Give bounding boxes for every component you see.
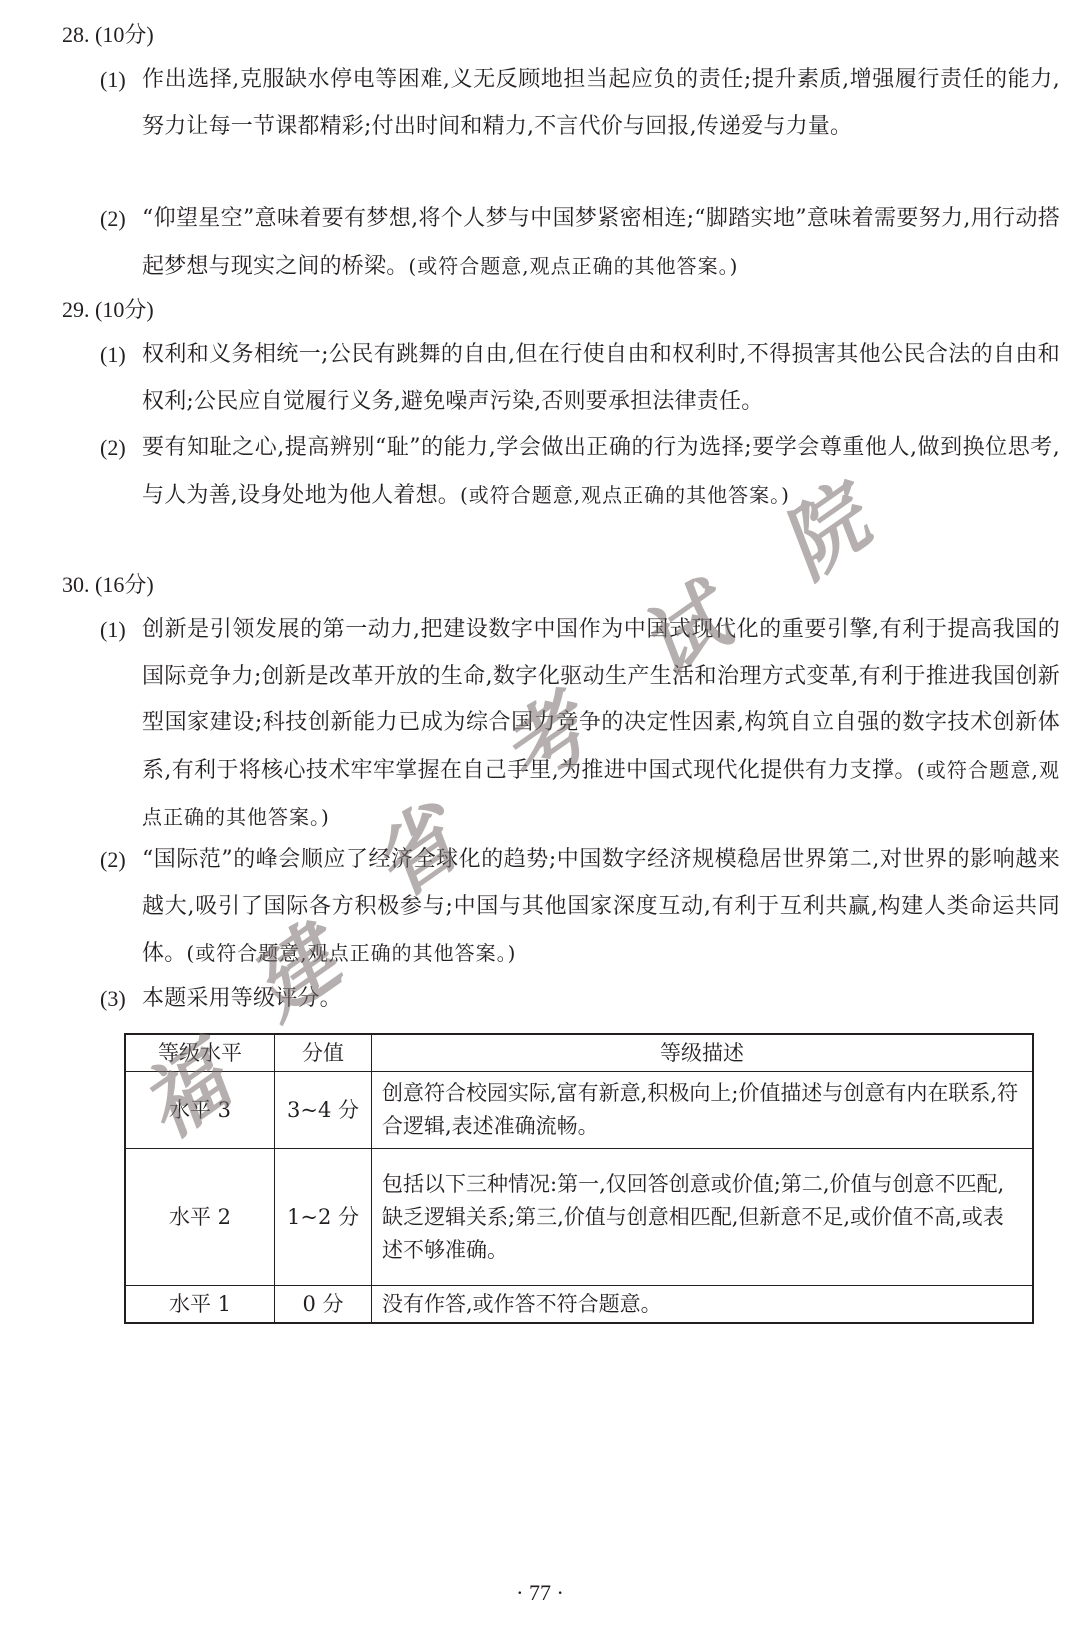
item-text: 作出选择,克服缺水停电等困难,义无反顾地担当起应负的责任;提升素质,增强履行责任…	[142, 57, 1060, 150]
item-number: (1)	[100, 57, 140, 104]
q28-item-1: (1) 作出选择,克服缺水停电等困难,义无反顾地担当起应负的责任;提升素质,增强…	[100, 57, 1060, 150]
cell-level: 水平 2	[125, 1149, 275, 1286]
question-28-heading: 28. (10分)	[62, 20, 154, 50]
item-note: (或符合题意,观点正确的其他答案。)	[408, 254, 738, 278]
q30-item-1: (1) 创新是引领发展的第一动力,把建设数字中国作为中国式现代化的重要引擎,有利…	[100, 607, 1060, 842]
grading-table: 等级水平 分值 等级描述 水平 3 3~4 分 创意符合校园实际,富有新意,积极…	[124, 1033, 1034, 1324]
table-row: 水平 3 3~4 分 创意符合校园实际,富有新意,积极向上;价值描述与创意有内在…	[125, 1072, 1033, 1149]
item-number: (2)	[100, 425, 140, 472]
cell-description: 没有作答,或作答不符合题意。	[372, 1286, 1034, 1324]
header-score: 分值	[275, 1034, 372, 1072]
item-number: (1)	[100, 332, 140, 379]
item-number: (2)	[100, 837, 140, 884]
cell-description: 包括以下三种情况:第一,仅回答创意或价值;第二,价值与创意不匹配,缺乏逻辑关系;…	[372, 1149, 1034, 1286]
cell-score: 1~2 分	[275, 1149, 372, 1286]
item-number: (2)	[100, 196, 140, 243]
header-description: 等级描述	[372, 1034, 1034, 1072]
item-number: (1)	[100, 607, 140, 654]
table-header-row: 等级水平 分值 等级描述	[125, 1034, 1033, 1072]
cell-description: 创意符合校园实际,富有新意,积极向上;价值描述与创意有内在联系,符合逻辑,表述准…	[372, 1072, 1034, 1149]
table-row: 水平 2 1~2 分 包括以下三种情况:第一,仅回答创意或价值;第二,价值与创意…	[125, 1149, 1033, 1286]
answer-key-page: 28. (10分) (1) 作出选择,克服缺水停电等困难,义无反顾地担当起应负的…	[0, 0, 1080, 1647]
q29-item-1: (1) 权利和义务相统一;公民有跳舞的自由,但在行使自由和权利时,不得损害其他公…	[100, 332, 1060, 425]
item-text: 本题采用等级评分。	[142, 976, 1060, 1023]
item-number: (3)	[100, 976, 140, 1023]
question-30-heading: 30. (16分)	[62, 570, 154, 600]
cell-score: 0 分	[275, 1286, 372, 1324]
cell-score: 3~4 分	[275, 1072, 372, 1149]
q28-item-2: (2) “仰望星空”意味着要有梦想,将个人梦与中国梦紧密相连;“脚踏实地”意味着…	[100, 196, 1060, 290]
q30-item-2: (2) “国际范”的峰会顺应了经济全球化的趋势;中国数字经济规模稳居世界第二,对…	[100, 837, 1060, 978]
header-level: 等级水平	[125, 1034, 275, 1072]
question-29-heading: 29. (10分)	[62, 295, 154, 325]
item-note: (或符合题意,观点正确的其他答案。)	[460, 483, 790, 507]
q29-item-2: (2) 要有知耻之心,提高辨别“耻”的能力,学会做出正确的行为选择;要学会尊重他…	[100, 425, 1060, 519]
page-number: · 77 ·	[0, 1580, 1080, 1606]
q30-item-3: (3) 本题采用等级评分。	[100, 976, 1060, 1023]
item-note: (或符合题意,观点正确的其他答案。)	[186, 941, 516, 965]
cell-level: 水平 1	[125, 1286, 275, 1324]
cell-level: 水平 3	[125, 1072, 275, 1149]
table-row: 水平 1 0 分 没有作答,或作答不符合题意。	[125, 1286, 1033, 1324]
item-text: 权利和义务相统一;公民有跳舞的自由,但在行使自由和权利时,不得损害其他公民合法的…	[142, 332, 1060, 425]
